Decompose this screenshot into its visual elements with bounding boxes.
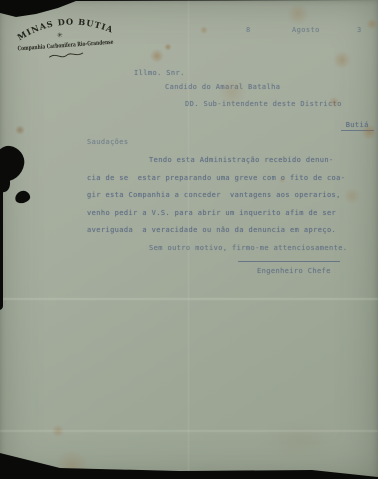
document-page: MINAS DO BUTIA ✳ Companhia Carbonifera R…: [0, 0, 378, 479]
fold-crease: [0, 430, 378, 432]
paper-stains: [0, 0, 378, 479]
recipient-salutation: Illmo. Snr.: [134, 69, 185, 77]
recipient-place: Butiá: [313, 113, 374, 137]
body-line: Tendo esta Administração recebido denun-: [149, 156, 334, 164]
date-month: Agosto: [292, 26, 320, 34]
body-line: Sem outro motivo, firmo-me attenciosamen…: [149, 244, 347, 252]
body-line: venho pedir a V.S. para abrir um inqueri…: [87, 209, 336, 217]
flourish-icon: [49, 53, 83, 58]
body-line: cia de se estar preparando uma greve com…: [87, 174, 345, 182]
body-line: gir esta Companhia a conceder vantagens …: [87, 191, 341, 199]
company-subtitle: Companhia Carbonifera Rio-Grandense: [17, 39, 113, 53]
fold-crease: [0, 298, 378, 300]
letterhead: MINAS DO BUTIA ✳ Companhia Carbonifera R…: [12, 8, 119, 67]
company-name-arc: MINAS DO BUTIA: [15, 13, 116, 42]
date-day: 8: [246, 26, 251, 34]
recipient-name: Candido do Amaral Batalha: [165, 83, 280, 91]
letterhead-graphic: MINAS DO BUTIA ✳ Companhia Carbonifera R…: [12, 8, 119, 67]
recipient-place-label: Butiá: [341, 121, 374, 131]
star-icon: ✳: [57, 31, 64, 39]
torn-edge: [0, 178, 3, 310]
greeting: Saudações: [87, 138, 129, 146]
photo-backdrop: MINAS DO BUTIA ✳ Companhia Carbonifera R…: [0, 0, 378, 479]
date-year: 3: [357, 26, 362, 34]
body-line: averiguada a veracidade ou não da denunc…: [87, 226, 336, 234]
fold-crease: [188, 0, 189, 479]
recipient-title: DD. Sub-intendente deste Districto: [185, 100, 342, 108]
signature-rule: [238, 261, 340, 262]
signature-title: Engenheiro Chefe: [257, 267, 331, 275]
